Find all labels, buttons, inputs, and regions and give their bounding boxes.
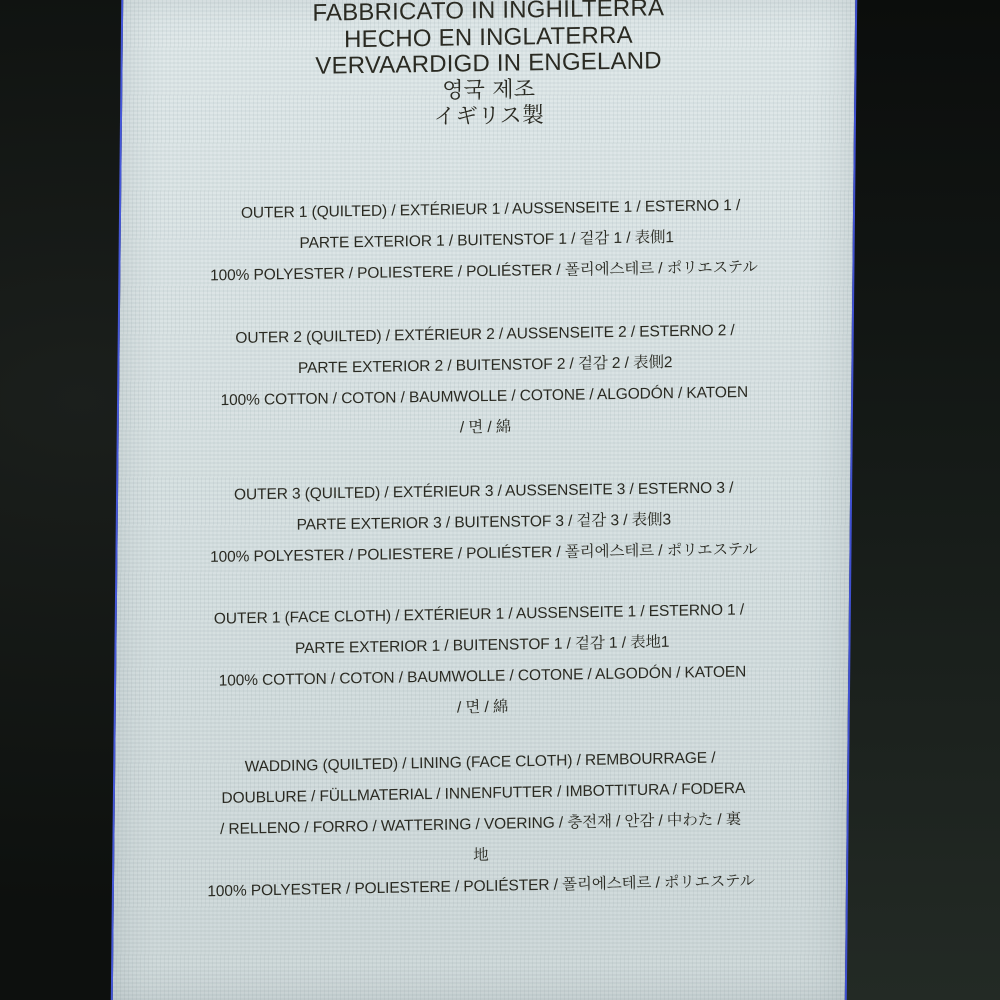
section-outer-3-quilted: OUTER 3 (QUILTED) / EXTÉRIEUR 3 / AUSSEN… <box>118 471 850 574</box>
section-outer-1-face-cloth: OUTER 1 (FACE CLOTH) / EXTÉRIEUR 1 / AUS… <box>116 593 849 730</box>
composition-label: FABBRICATO IN INGHILTERRA HECHO EN INGLA… <box>111 0 858 1000</box>
country-of-origin: FABBRICATO IN INGHILTERRA HECHO EN INGLA… <box>122 0 855 136</box>
section-outer-2-quilted: OUTER 2 (QUILTED) / EXTÉRIEUR 2 / AUSSEN… <box>119 313 852 448</box>
section-wadding-lining: WADDING (QUILTED) / LINING (FACE CLOTH) … <box>114 740 847 909</box>
section-outer-1-quilted: OUTER 1 (QUILTED) / EXTÉRIEUR 1 / AUSSEN… <box>120 188 853 292</box>
